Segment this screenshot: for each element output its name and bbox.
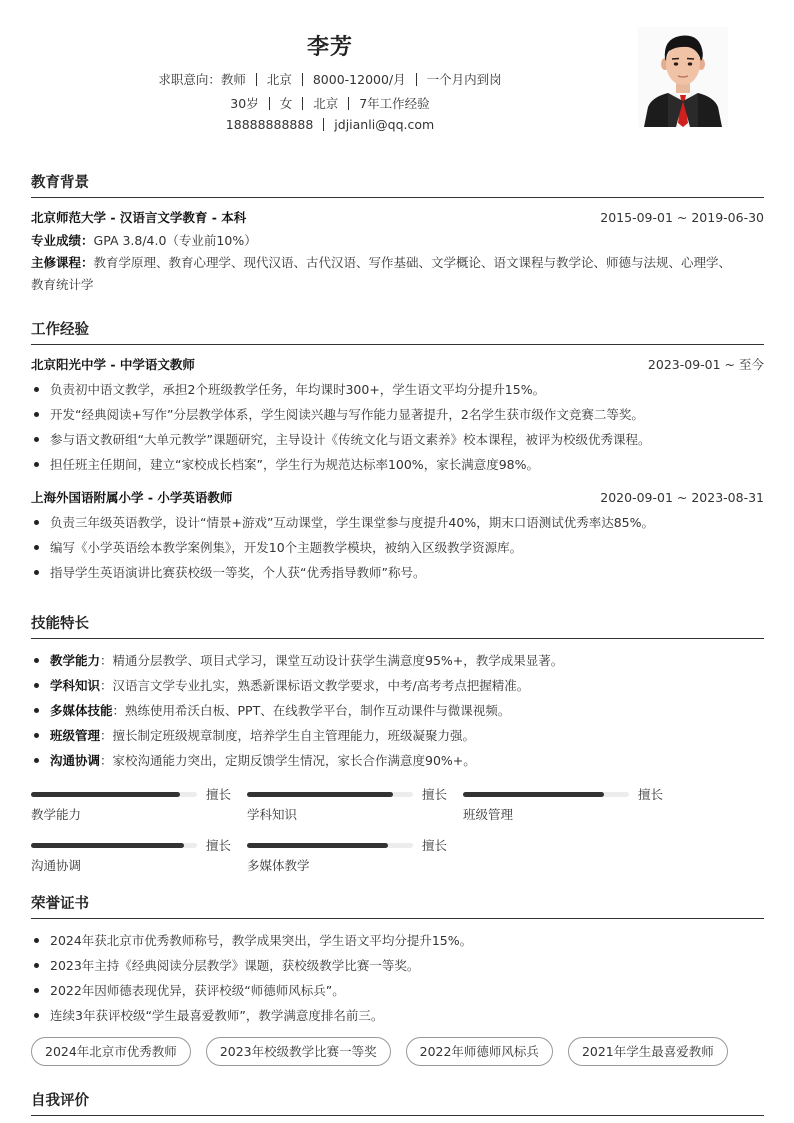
honors-bullets: 2024年获北京市优秀教师称号，教学成果突出，学生语文平均分提升15%。 202… [31,928,764,1028]
progress-track [247,792,413,797]
honor-tag: 2023年校级教学比赛一等奖 [206,1037,391,1066]
experience-years: 7年工作经验 [359,96,429,111]
skill-level: 擅长 [422,836,447,854]
honors-section: 荣誉证书 2024年获北京市优秀教师称号，教学成果突出，学生语文平均分提升15%… [31,893,764,1028]
skill-level: 擅长 [206,785,231,803]
job-1-bullets: 负责初中语文教学，承担2个班级教学任务，年均课时300+，学生语文平均分提升15… [31,377,764,477]
personal-info-line: 30岁女北京7年工作经验 [0,94,660,112]
age: 30岁 [230,96,258,111]
courses-line: 主修课程：教育学原理、教育心理学、现代汉语、古代汉语、写作基础、文学概论、语文课… [31,252,764,274]
progress-fill [31,843,184,848]
contact-line: 18888888888jdjianli@qq.com [0,117,660,132]
avatar [638,27,728,127]
skills-bullets: 教学能力：精通分层教学、项目式学习，课堂互动设计获学生满意度95%+，教学成果显… [31,648,764,773]
job-entry-1: 北京阳光中学 - 中学语文教师 2023-09-01 ~ 至今 [31,353,764,377]
job-dates: 2020-09-01 ~ 2023-08-31 [600,486,764,510]
job-org-role: 上海外国语附属小学 - 小学英语教师 [31,486,232,510]
expected-salary: 8000-12000/月 [313,72,406,87]
phone: 18888888888 [226,117,313,132]
gpa-line: 专业成绩：GPA 3.8/4.0（专业前10%） [31,230,764,252]
progress-fill [247,792,393,797]
skill-text: ：擅长制定班级规章制度，培养学生自主管理能力，班级凝聚力强。 [100,728,475,743]
list-item: 开发“经典阅读+写作”分层教学体系，学生阅读兴趣与写作能力显著提升，2名学生获市… [31,402,764,427]
skill-label: 学科知识 [50,678,100,693]
skill-name: 教学能力 [31,805,81,823]
skill-bar-item: 擅长 多媒体教学 [247,838,447,882]
job-2-bullets: 负责三年级英语教学，设计“情景+游戏”互动课堂，学生课堂参与度提升40%，期末口… [31,510,764,585]
skill-label: 沟通协调 [50,753,100,768]
progress-track [247,843,413,848]
city: 北京 [313,96,338,111]
education-dates: 2015-09-01 ~ 2019-06-30 [600,206,764,230]
list-item: 参与语文教研组“大单元教学”课题研究，主导设计《传统文化与语文素养》校本课程，被… [31,427,764,452]
divider [348,97,349,110]
progress-track [463,792,629,797]
job-org-role: 北京阳光中学 - 中学语文教师 [31,353,195,377]
divider [302,73,303,86]
skill-label: 教学能力 [50,653,100,668]
availability: 一个月内到岗 [427,72,502,87]
email: jdjianli@qq.com [334,117,434,132]
section-title-honors: 荣誉证书 [31,893,764,919]
section-title-education: 教育背景 [31,172,764,198]
skill-label: 班级管理 [50,728,100,743]
divider [269,97,270,110]
list-item: 编写《小学英语绘本教学案例集》，开发10个主题教学模块，被纳入区级教学资源库。 [31,535,764,560]
list-item: 负责初中语文教学，承担2个班级教学任务，年均课时300+，学生语文平均分提升15… [31,377,764,402]
list-item: 2023年主持《经典阅读分层教学》课题，获校级教学比赛一等奖。 [31,953,764,978]
skill-bar-item: 擅长 班级管理 [463,787,663,831]
skill-bar-item: 擅长 学科知识 [247,787,447,831]
honor-tag: 2021年学生最喜爱教师 [568,1037,728,1066]
skills-section: 技能特长 教学能力：精通分层教学、项目式学习，课堂互动设计获学生满意度95%+，… [31,613,764,773]
education-section: 教育背景 北京师范大学 - 汉语言文学教育 - 本科 2015-09-01 ~ … [31,172,764,296]
skill-name: 多媒体教学 [247,856,310,874]
gpa-value: GPA 3.8/4.0（专业前10%） [94,233,257,248]
section-title-self-eval: 自我评价 [31,1090,764,1116]
list-item: 担任班主任期间，建立“家校成长档案”，学生行为规范达标率100%，家长满意度98… [31,452,764,477]
courses-label: 主修课程： [31,255,94,270]
divider [302,97,303,110]
progress-fill [247,843,388,848]
resume-header: 李芳 求职意向：教师北京8000-12000/月一个月内到岗 30岁女北京7年工… [0,0,794,150]
list-item: 多媒体技能：熟练使用希沃白板、PPT、在线教学平台，制作互动课件与微课视频。 [31,698,764,723]
gpa-label: 专业成绩： [31,233,94,248]
list-item: 学科知识：汉语言文学专业扎实，熟悉新课标语文教学要求，中考/高考考点把握精准。 [31,673,764,698]
self-eval-section: 自我评价 [31,1090,764,1116]
skill-level: 擅长 [206,836,231,854]
section-title-skills: 技能特长 [31,613,764,639]
honor-tag: 2022年师德师风标兵 [406,1037,553,1066]
avatar-portrait-icon [638,27,728,127]
list-item: 负责三年级英语教学，设计“情景+游戏”互动课堂，学生课堂参与度提升40%，期末口… [31,510,764,535]
job-entry-2: 上海外国语附属小学 - 小学英语教师 2020-09-01 ~ 2023-08-… [31,486,764,510]
list-item: 教学能力：精通分层教学、项目式学习，课堂互动设计获学生满意度95%+，教学成果显… [31,648,764,673]
progress-track [31,792,197,797]
skill-bar-item: 擅长 教学能力 [31,787,231,831]
progress-fill [463,792,604,797]
honor-tag: 2024年北京市优秀教师 [31,1037,191,1066]
job-intent-line: 求职意向：教师北京8000-12000/月一个月内到岗 [0,70,660,88]
list-item: 沟通协调：家校沟通能力突出，定期反馈学生情况，家长合作满意度90%+。 [31,748,764,773]
candidate-name: 李芳 [0,30,660,61]
list-item: 班级管理：擅长制定班级规章制度，培养学生自主管理能力，班级凝聚力强。 [31,723,764,748]
skill-text: ：熟练使用希沃白板、PPT、在线教学平台，制作互动课件与微课视频。 [113,703,511,718]
divider [416,73,417,86]
honor-tags: 2024年北京市优秀教师 2023年校级教学比赛一等奖 2022年师德师风标兵 … [31,1037,728,1066]
progress-fill [31,792,180,797]
skill-label: 多媒体技能 [50,703,113,718]
divider [256,73,257,86]
courses-line-continued: 教育统计学 [31,274,764,296]
school-degree: 北京师范大学 - 汉语言文学教育 - 本科 [31,206,246,230]
intent-city: 北京 [267,72,292,87]
skill-name: 学科知识 [247,805,297,823]
skill-text: ：精通分层教学、项目式学习，课堂互动设计获学生满意度95%+，教学成果显著。 [100,653,563,668]
gender: 女 [280,96,293,111]
list-item: 2024年获北京市优秀教师称号，教学成果突出，学生语文平均分提升15%。 [31,928,764,953]
list-item: 2022年因师德表现优异，获评校级“师德师风标兵”。 [31,978,764,1003]
job-intent: 求职意向：教师 [158,72,246,87]
skill-bar-item: 擅长 沟通协调 [31,838,231,882]
education-entry: 北京师范大学 - 汉语言文学教育 - 本科 2015-09-01 ~ 2019-… [31,206,764,230]
skill-text: ：家校沟通能力突出，定期反馈学生情况，家长合作满意度90%+。 [100,753,476,768]
job-dates: 2023-09-01 ~ 至今 [648,353,764,377]
work-section: 工作经验 北京阳光中学 - 中学语文教师 2023-09-01 ~ 至今 负责初… [31,319,764,585]
list-item: 指导学生英语演讲比赛获校级一等奖，个人获“优秀指导教师”称号。 [31,560,764,585]
skill-level: 擅长 [638,785,663,803]
list-item: 连续3年获评校级“学生最喜爱教师”，教学满意度排名前三。 [31,1003,764,1028]
section-title-work: 工作经验 [31,319,764,345]
divider [323,118,324,131]
skill-name: 沟通协调 [31,856,81,874]
progress-track [31,843,197,848]
skill-name: 班级管理 [463,805,513,823]
courses-value: 教育学原理、教育心理学、现代汉语、古代汉语、写作基础、文学概论、语文课程与教学论… [94,255,732,270]
skill-level: 擅长 [422,785,447,803]
skill-text: ：汉语言文学专业扎实，熟悉新课标语文教学要求，中考/高考考点把握精准。 [100,678,529,693]
